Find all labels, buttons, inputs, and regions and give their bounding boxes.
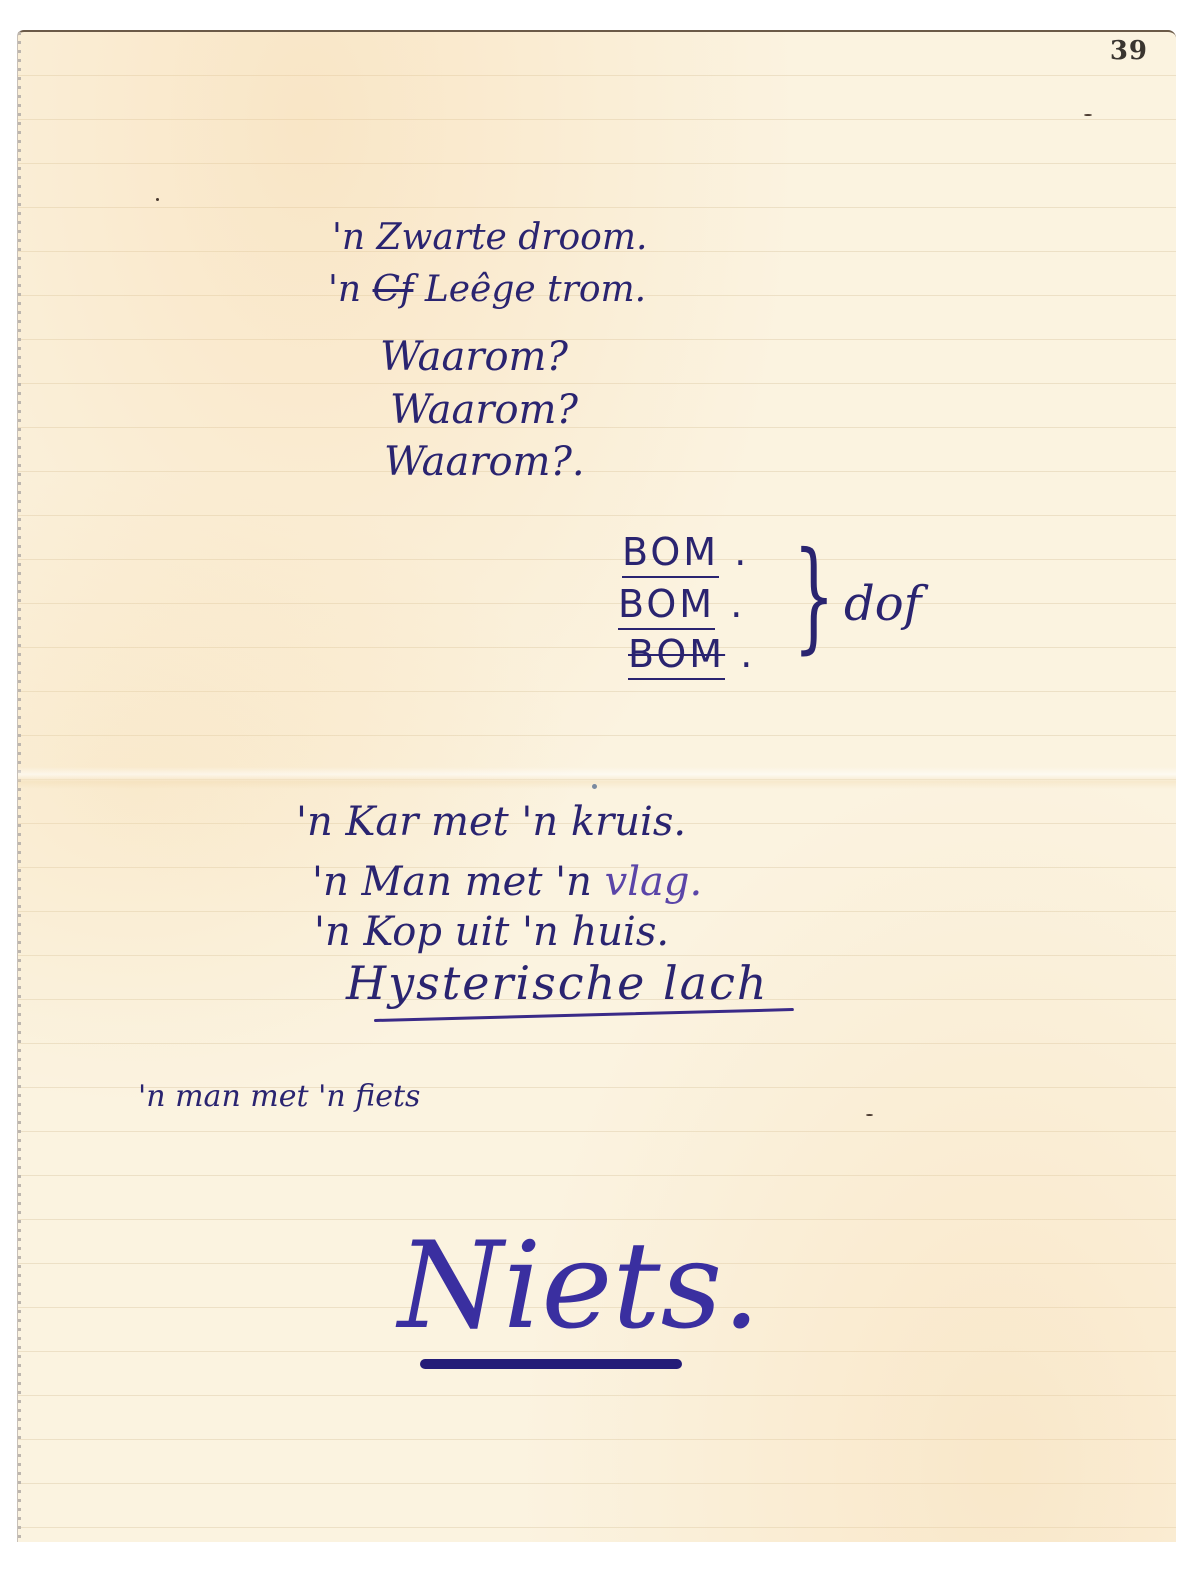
ink-speck	[592, 784, 597, 789]
ink-speck	[156, 198, 159, 201]
paper-fold	[18, 767, 1176, 789]
bom-line-2: BOM .	[618, 582, 745, 626]
struck-out-word: Cf	[373, 269, 414, 310]
waarom-line-3: Waarom?.	[384, 442, 585, 482]
waarom-line-1: Waarom?	[380, 337, 568, 377]
ink-speck	[866, 1114, 873, 1116]
curly-brace: }	[793, 537, 835, 657]
page-number: 39	[1110, 36, 1148, 66]
dof-annotation: dof	[844, 580, 921, 628]
line2-prefix: 'n	[328, 269, 373, 310]
bom-line-3: BOM .	[628, 632, 755, 676]
violet-word: vlag.	[605, 859, 703, 905]
stanza4-line4: Hysterische lach	[346, 960, 768, 1006]
stanza4-line2: 'n Man met 'n vlag.	[312, 862, 702, 902]
bom-line-1: BOM .	[622, 530, 749, 574]
manuscript-page: 39 'n Zwarte droom. 'n Cf Leêge trom. Wa…	[18, 30, 1176, 1542]
margin-note: 'n man met 'n fiets	[138, 1082, 420, 1112]
stanza1-line2: 'n Cf Leêge trom.	[328, 272, 646, 308]
stanza4-line1: 'n Kar met 'n kruis.	[296, 802, 686, 842]
final-word: Niets.	[398, 1227, 760, 1347]
ink-speck	[1084, 114, 1092, 116]
stanza4-line3: 'n Kop uit 'n huis.	[314, 912, 669, 952]
waarom-line-2: Waarom?	[390, 390, 578, 430]
line2-rest: Leêge trom.	[413, 269, 646, 310]
final-underline	[420, 1359, 682, 1369]
underline	[374, 1008, 794, 1022]
stanza1-line1: 'n Zwarte droom.	[332, 220, 647, 256]
